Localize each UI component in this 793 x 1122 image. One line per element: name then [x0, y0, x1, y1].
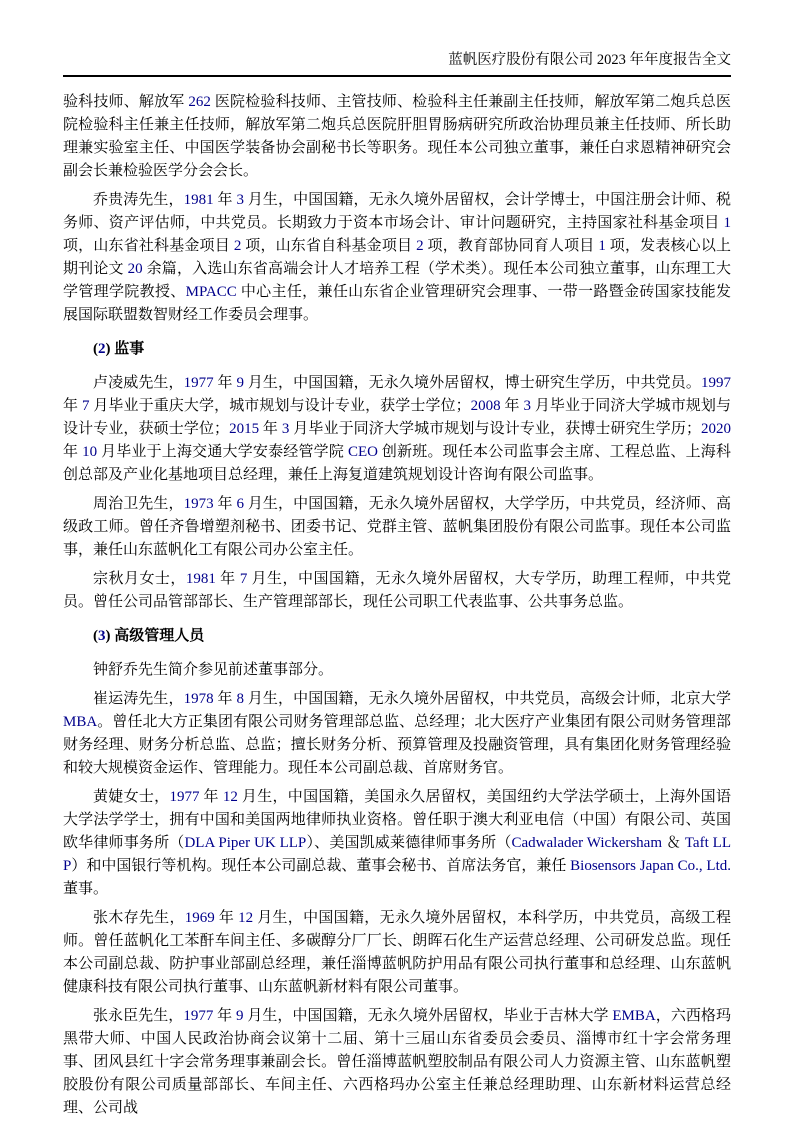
latin-text: 20 [128, 261, 147, 277]
latin-text: 3 [282, 421, 293, 437]
latin-text: 1981 [186, 571, 220, 587]
latin-text: MBA [63, 714, 97, 730]
latin-text: 6 [236, 496, 247, 512]
paragraph: 钟舒乔先生简介参见前述董事部分。 [63, 659, 731, 682]
paragraph: 宗秋月女士，1981 年 7 月生，中国国籍，无永久境外居留权，大专学历，助理工… [63, 568, 731, 614]
latin-text: 12 [238, 910, 257, 926]
latin-text: 1 [598, 238, 609, 254]
latin-text: Biosensors Japan Co., Ltd. [570, 858, 731, 874]
latin-text: 7 [82, 398, 93, 414]
section-heading: (2) 监事 [63, 338, 731, 361]
latin-text: 7 [240, 571, 252, 587]
paragraph: 乔贵涛先生，1981 年 3 月生，中国国籍，无永久境外居留权，会计学博士，中国… [63, 189, 731, 327]
latin-text: 1977 [183, 1008, 217, 1024]
latin-text: 1973 [184, 496, 218, 512]
latin-text: 1997 [701, 375, 731, 391]
section-heading: (3) 高级管理人员 [63, 625, 731, 648]
document-content: 验科技师、解放军 262 医院检验科技师、主管技师、检验科主任兼副主任技师，解放… [63, 91, 731, 1120]
header-rule [63, 75, 731, 77]
paragraph: 卢凌威先生，1977 年 9 月生，中国国籍，无永久境外居留权，博士研究生学历，… [63, 372, 731, 487]
latin-text: 3 [98, 628, 106, 644]
latin-text: 10 [82, 444, 101, 460]
latin-text: 1981 [184, 192, 218, 208]
paragraph: 张永臣先生，1977 年 9 月生，中国国籍，无永久境外居留权，毕业于吉林大学 … [63, 1005, 731, 1120]
paragraph: 张木存先生，1969 年 12 月生，中国国籍，无永久境外居留权，本科学历，中共… [63, 907, 731, 999]
latin-text: 2 [416, 238, 427, 254]
document-page: 蓝帆医疗股份有限公司 2023 年年度报告全文 验科技师、解放军 262 医院检… [0, 0, 793, 1122]
latin-text: 9 [236, 1008, 247, 1024]
latin-text: 2 [98, 341, 106, 357]
latin-text: 262 [188, 94, 214, 110]
latin-text: DLA Piper UK LLP [184, 835, 306, 851]
latin-text: Cadwalader Wickersham [512, 835, 666, 851]
latin-text: 2008 [471, 398, 505, 414]
latin-text: 12 [223, 789, 242, 805]
paragraph: 周治卫先生，1973 年 6 月生，中国国籍，无永久境外居留权，大学学历，中共党… [63, 493, 731, 562]
latin-text: 1969 [185, 910, 219, 926]
latin-text: 1 [724, 215, 732, 231]
page-header: 蓝帆医疗股份有限公司 2023 年年度报告全文 [63, 50, 731, 75]
latin-text: 1978 [184, 691, 218, 707]
latin-text: 3 [523, 398, 534, 414]
latin-text: 2020 [701, 421, 731, 437]
paragraph: 崔运涛先生，1978 年 8 月生，中国国籍，无永久境外居留权，中共党员，高级会… [63, 688, 731, 780]
latin-text: 1977 [169, 789, 203, 805]
latin-text: 3 [236, 192, 247, 208]
paragraph: 黄婕女士，1977 年 12 月生，中国国籍，美国永久居留权，美国纽约大学法学硕… [63, 786, 731, 901]
latin-text: 8 [236, 691, 247, 707]
latin-text: 9 [236, 375, 247, 391]
latin-text: CEO [348, 444, 382, 460]
latin-text: 1977 [184, 375, 218, 391]
header-title: 蓝帆医疗股份有限公司 2023 年年度报告全文 [448, 52, 731, 68]
paragraph: 验科技师、解放军 262 医院检验科技师、主管技师、检验科主任兼副主任技师，解放… [63, 91, 731, 183]
latin-text: MPACC [186, 284, 241, 300]
latin-text: 2 [234, 238, 245, 254]
latin-text: EMBA [612, 1008, 655, 1024]
latin-text: 2015 [229, 421, 263, 437]
